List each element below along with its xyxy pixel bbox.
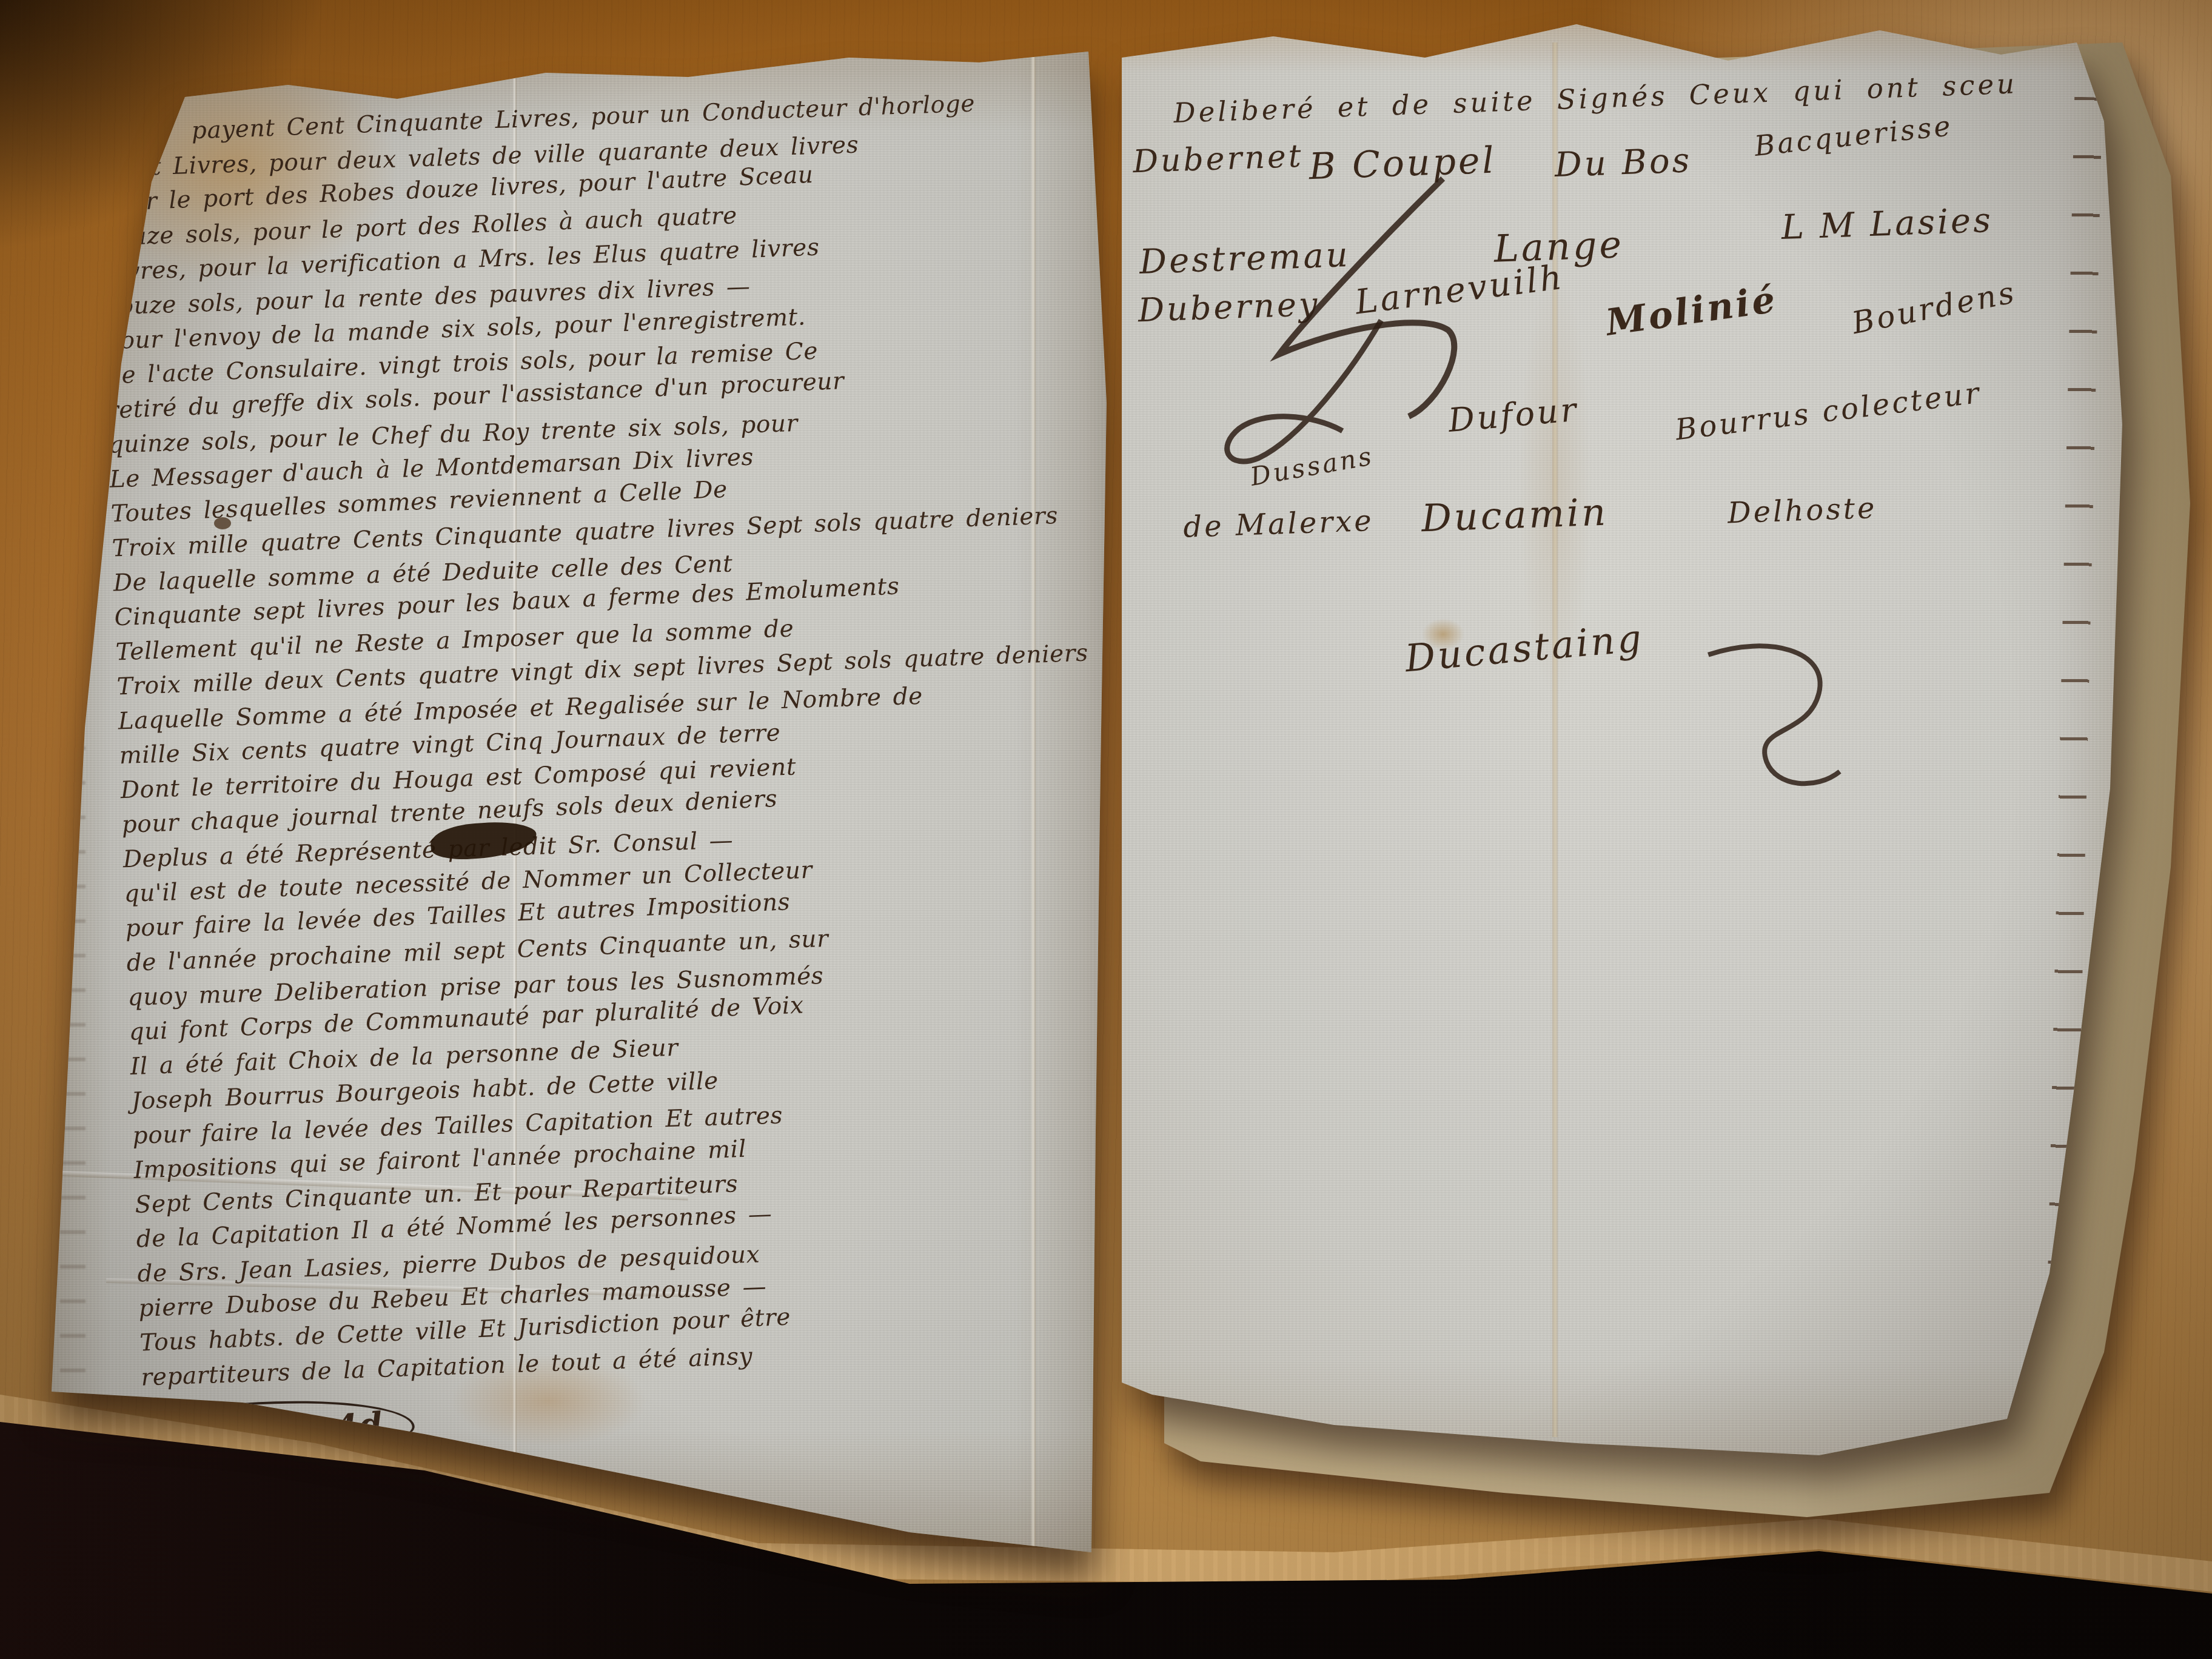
signature: Dufour — [1447, 390, 1580, 440]
signature: de Malerxe — [1182, 504, 1374, 545]
signature: Delhoste — [1727, 491, 1877, 531]
photo-of-manuscript: payent Cent Cinquante Livres, pour un Co… — [0, 0, 2212, 1659]
right-page: Deliberé et de suite Signés Ceux qui ont… — [1101, 6, 2186, 1510]
total-amount-circled: 3297 # 7s. 4d — [85, 1391, 417, 1478]
total-amount: 3297 # 7s. 4d — [109, 1404, 385, 1462]
signature-flourish — [1695, 625, 1859, 813]
paper-texture — [1101, 6, 2186, 1510]
signature: B Coupel — [1309, 139, 1497, 188]
signature: L M Lasies — [1781, 201, 1994, 247]
manuscript-text-block: payent Cent Cinquante Livres, pour un Co… — [97, 83, 1113, 1395]
signature: Larnevuilh — [1353, 258, 1566, 323]
signature: Ducamin — [1421, 489, 1609, 540]
signature: Bourdens — [1849, 275, 2019, 341]
signature: Molinié — [1603, 278, 1780, 344]
binding-ink-marks — [2045, 97, 2102, 1389]
signature: Destremau — [1139, 235, 1351, 282]
signature: Du Bos — [1554, 141, 1693, 185]
signature: Dussans — [1248, 441, 1376, 492]
signature: Bourrus colecteur — [1674, 376, 1983, 447]
signature: Bacquerisse — [1753, 109, 1954, 163]
left-page: payent Cent Cinquante Livres, pour un Co… — [33, 39, 1125, 1567]
ink-bleed-through-marks — [60, 124, 85, 1386]
signature: Duberney — [1138, 285, 1321, 329]
signature: Dubernet — [1132, 138, 1304, 181]
signature: Ducastaing — [1403, 615, 1645, 680]
